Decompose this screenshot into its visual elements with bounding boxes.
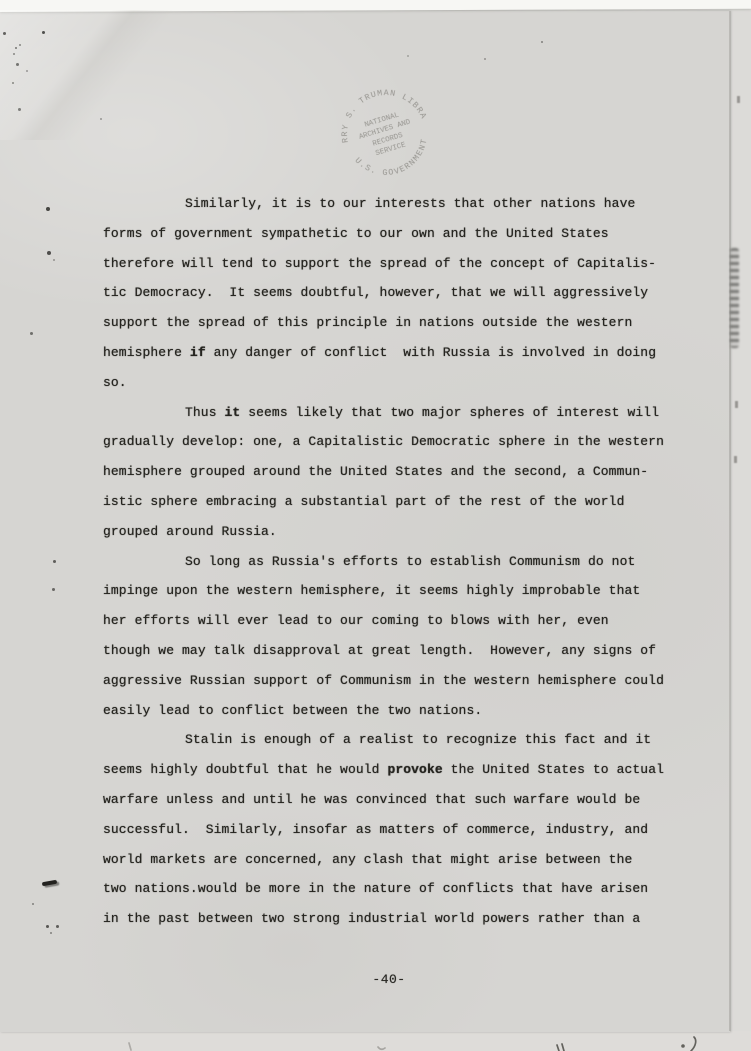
edge-mark	[734, 456, 737, 463]
text-line: easily lead to conflict between the two …	[103, 696, 675, 726]
dust-speck	[19, 44, 21, 46]
text-line: though we may talk disapproval at great …	[103, 636, 675, 666]
dust-speck	[407, 55, 409, 57]
text-line: gradually develop: one, a Capitalistic D…	[103, 427, 675, 457]
dust-speck	[46, 925, 49, 928]
text-line: her efforts will ever lead to our coming…	[103, 606, 675, 636]
dust-speck	[26, 70, 28, 72]
dust-speck	[53, 560, 56, 563]
dust-speck	[46, 207, 50, 211]
text-line: in the past between two strong industria…	[103, 904, 675, 934]
text-line: impinge upon the western hemisphere, it …	[103, 576, 675, 606]
text-line: So long as Russia's efforts to establish…	[103, 547, 675, 577]
text-line: tic Democracy. It seems doubtful, howeve…	[103, 278, 675, 308]
dust-speck	[484, 58, 486, 60]
text-line: grouped around Russia.	[103, 517, 675, 547]
paragraph: So long as Russia's efforts to establish…	[103, 547, 675, 726]
scanned-document-screenshot: { "scan": { "page_number": "-40-", "stam…	[0, 0, 751, 1051]
handwriting-marks	[0, 1028, 751, 1051]
dust-speck	[53, 259, 55, 261]
text-line: Thus it seems likely that two major sphe…	[103, 398, 675, 428]
dust-speck	[12, 82, 14, 84]
dust-speck	[100, 118, 102, 120]
text-line: successful. Similarly, insofar as matter…	[103, 815, 675, 845]
page-right-edge	[729, 11, 731, 1031]
dust-speck	[13, 53, 15, 55]
text-line: world markets are concerned, any clash t…	[103, 845, 675, 875]
text-line: Similarly, it is to our interests that o…	[103, 189, 675, 219]
dust-speck	[541, 41, 543, 43]
dust-speck	[3, 32, 6, 35]
edge-smudge	[730, 248, 739, 348]
text-line: hemisphere if any danger of conflict wit…	[103, 338, 675, 368]
dust-speck	[15, 47, 17, 49]
dust-speck	[18, 108, 21, 111]
paragraph: Thus it seems likely that two major sphe…	[103, 398, 675, 547]
text-line: istic sphere embracing a substantial par…	[103, 487, 675, 517]
document-body: Similarly, it is to our interests that o…	[103, 189, 675, 934]
text-line: hemisphere grouped around the United Sta…	[103, 457, 675, 487]
text-line: so.	[103, 368, 675, 398]
text-line: seems highly doubtful that he would prov…	[103, 755, 675, 785]
dust-speck	[32, 903, 34, 905]
dust-speck	[16, 63, 19, 66]
dust-speck	[50, 932, 52, 934]
dust-speck	[30, 332, 33, 335]
paragraph: Stalin is enough of a realist to recogni…	[103, 725, 675, 934]
edge-mark	[735, 401, 738, 408]
page-number: -40-	[103, 972, 675, 1002]
text-line: therefore will tend to support the sprea…	[103, 249, 675, 279]
text-line: Stalin is enough of a realist to recogni…	[103, 725, 675, 755]
paragraph: Similarly, it is to our interests that o…	[103, 189, 675, 398]
edge-mark	[737, 96, 740, 103]
dust-speck	[47, 251, 51, 255]
text-line: warfare unless and until he was convince…	[103, 785, 675, 815]
dust-speck	[56, 925, 59, 928]
text-line: aggressive Russian support of Communism …	[103, 666, 675, 696]
dust-speck	[52, 588, 55, 591]
text-line: two nations.would be more in the nature …	[103, 874, 675, 904]
text-line: forms of government sympathetic to our o…	[103, 219, 675, 249]
text-line: support the spread of this principle in …	[103, 308, 675, 338]
dust-speck	[42, 31, 45, 34]
